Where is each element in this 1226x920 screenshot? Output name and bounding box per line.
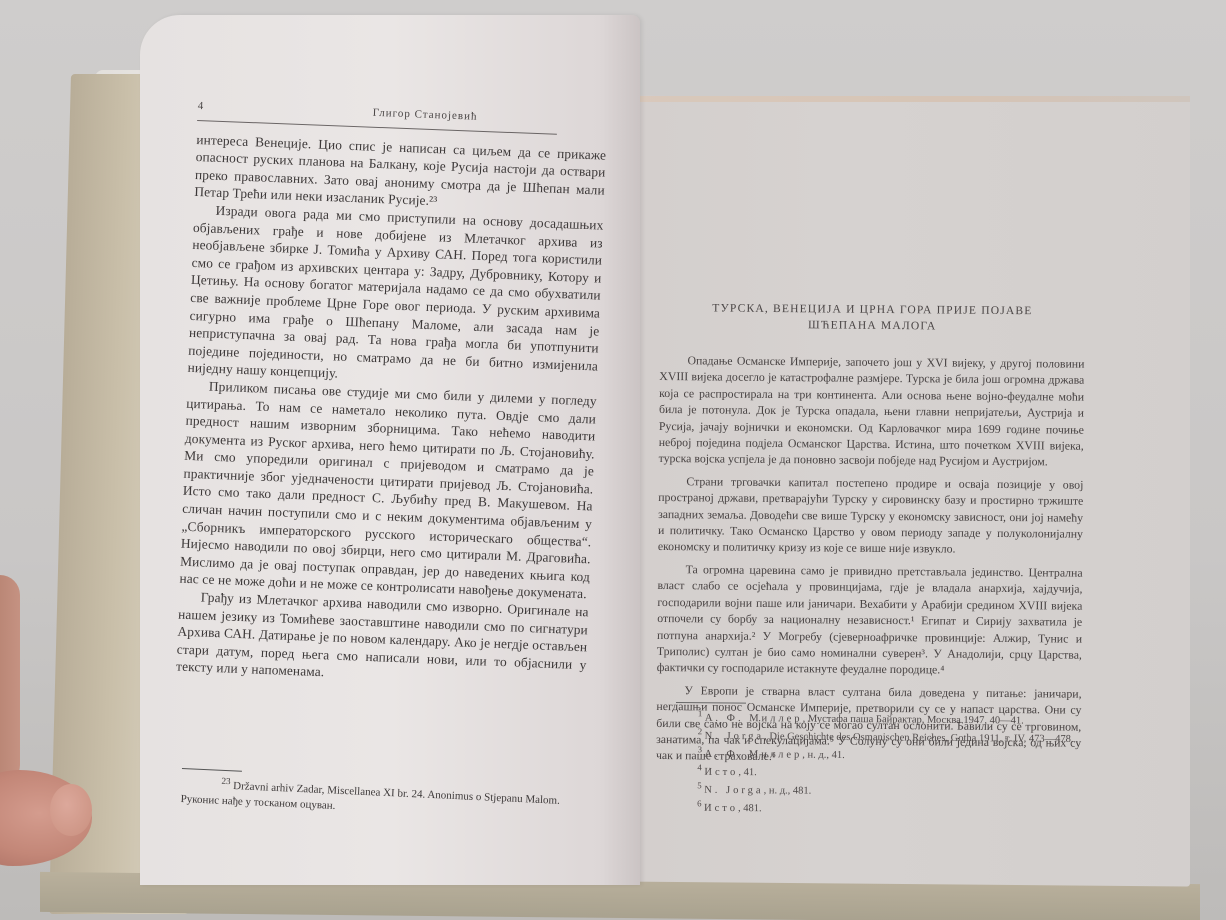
footnote-rule <box>676 702 746 704</box>
right-page-content: ТУРСКА, ВЕНЕЦИЈА И ЦРНА ГОРА ПРИЈЕ ПОЈАВ… <box>656 300 1085 767</box>
paragraph: Грађу из Млетачког архива наводили смо и… <box>176 588 589 692</box>
running-head-author: Глигор Станојевић <box>372 105 477 127</box>
left-page-content: 4 Глигор Станојевић интереса Венеције. Ц… <box>176 98 608 691</box>
book-photo: 4 Глигор Станојевић интереса Венеције. Ц… <box>0 0 1226 920</box>
right-page-top-edge <box>622 96 1190 102</box>
footnote: 6 Исто, 481. <box>675 797 1095 819</box>
right-footnotes: 1 А. Ф. Миллер, Мустафа паша Байрактар, … <box>675 702 1096 819</box>
paragraph: Та огромна царевина само је привидно пре… <box>657 561 1083 680</box>
footnote-number: 23 <box>221 776 231 786</box>
paragraph: Страни трговачки капитал постепено проди… <box>658 473 1084 559</box>
chapter-title: ТУРСКА, ВЕНЕЦИЈА И ЦРНА ГОРА ПРИЈЕ ПОЈАВ… <box>660 300 1085 336</box>
page-number: 4 <box>197 98 203 116</box>
paragraph: Опадање Османске Империје, започето још … <box>659 352 1085 471</box>
thumb-tip <box>50 784 92 836</box>
hand <box>0 575 20 785</box>
paragraph: Изради овога рада ми смо приступили на о… <box>187 201 603 393</box>
paragraph: Приликом писања ове студије ми смо били … <box>179 377 597 604</box>
